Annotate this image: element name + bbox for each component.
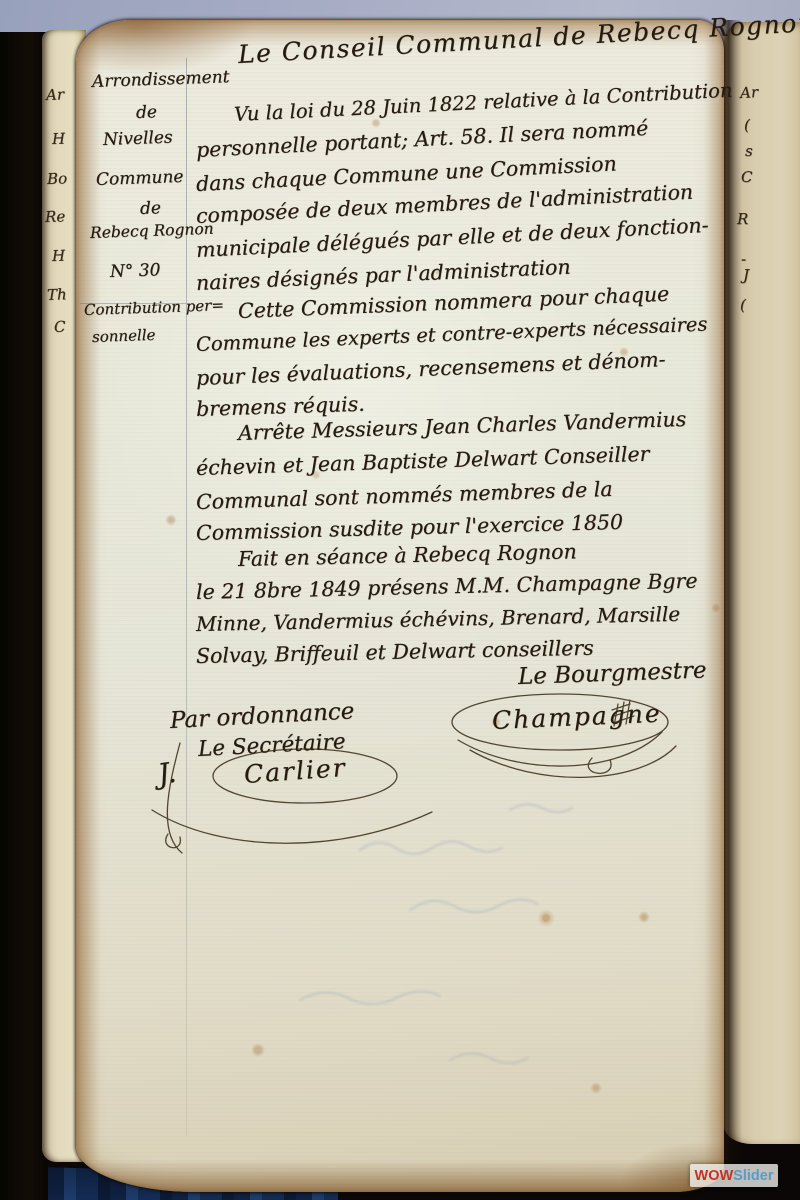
- page-fragment: Ar: [740, 83, 759, 102]
- margin-note: N° 30: [110, 260, 161, 282]
- page-fragment: Th: [47, 285, 67, 304]
- page-fragment: J: [743, 266, 749, 284]
- page-fragment: C: [741, 168, 752, 186]
- page-fragment: Ar: [46, 85, 65, 104]
- wowslider-watermark[interactable]: WOWSlider: [690, 1164, 778, 1187]
- page-fragment: Re: [45, 207, 66, 226]
- page-fragment: H: [52, 130, 66, 148]
- margin-note: Nivelles: [103, 128, 173, 150]
- page-fragment: H: [52, 247, 66, 265]
- manuscript-photo: Ar H Bo Re H Th C Ar ( s C R - J ( Le Co…: [0, 0, 800, 1200]
- margin-note: sonnelle: [92, 326, 156, 346]
- margin-note: de: [140, 198, 162, 219]
- page-fragment: Bo: [47, 169, 68, 188]
- page-fragment: R: [737, 210, 748, 228]
- margin-note: Commune: [96, 167, 184, 190]
- margin-note: de: [136, 102, 158, 123]
- page-fragment: s: [745, 142, 753, 160]
- watermark-text-slider: Slider: [733, 1168, 773, 1184]
- page-fragment: C: [54, 318, 66, 336]
- page-fragment: (: [740, 296, 746, 314]
- watermark-text-wow: WOW: [695, 1168, 734, 1184]
- page-fragment: (: [744, 116, 750, 134]
- binding-gutter-shadow: [0, 32, 47, 1200]
